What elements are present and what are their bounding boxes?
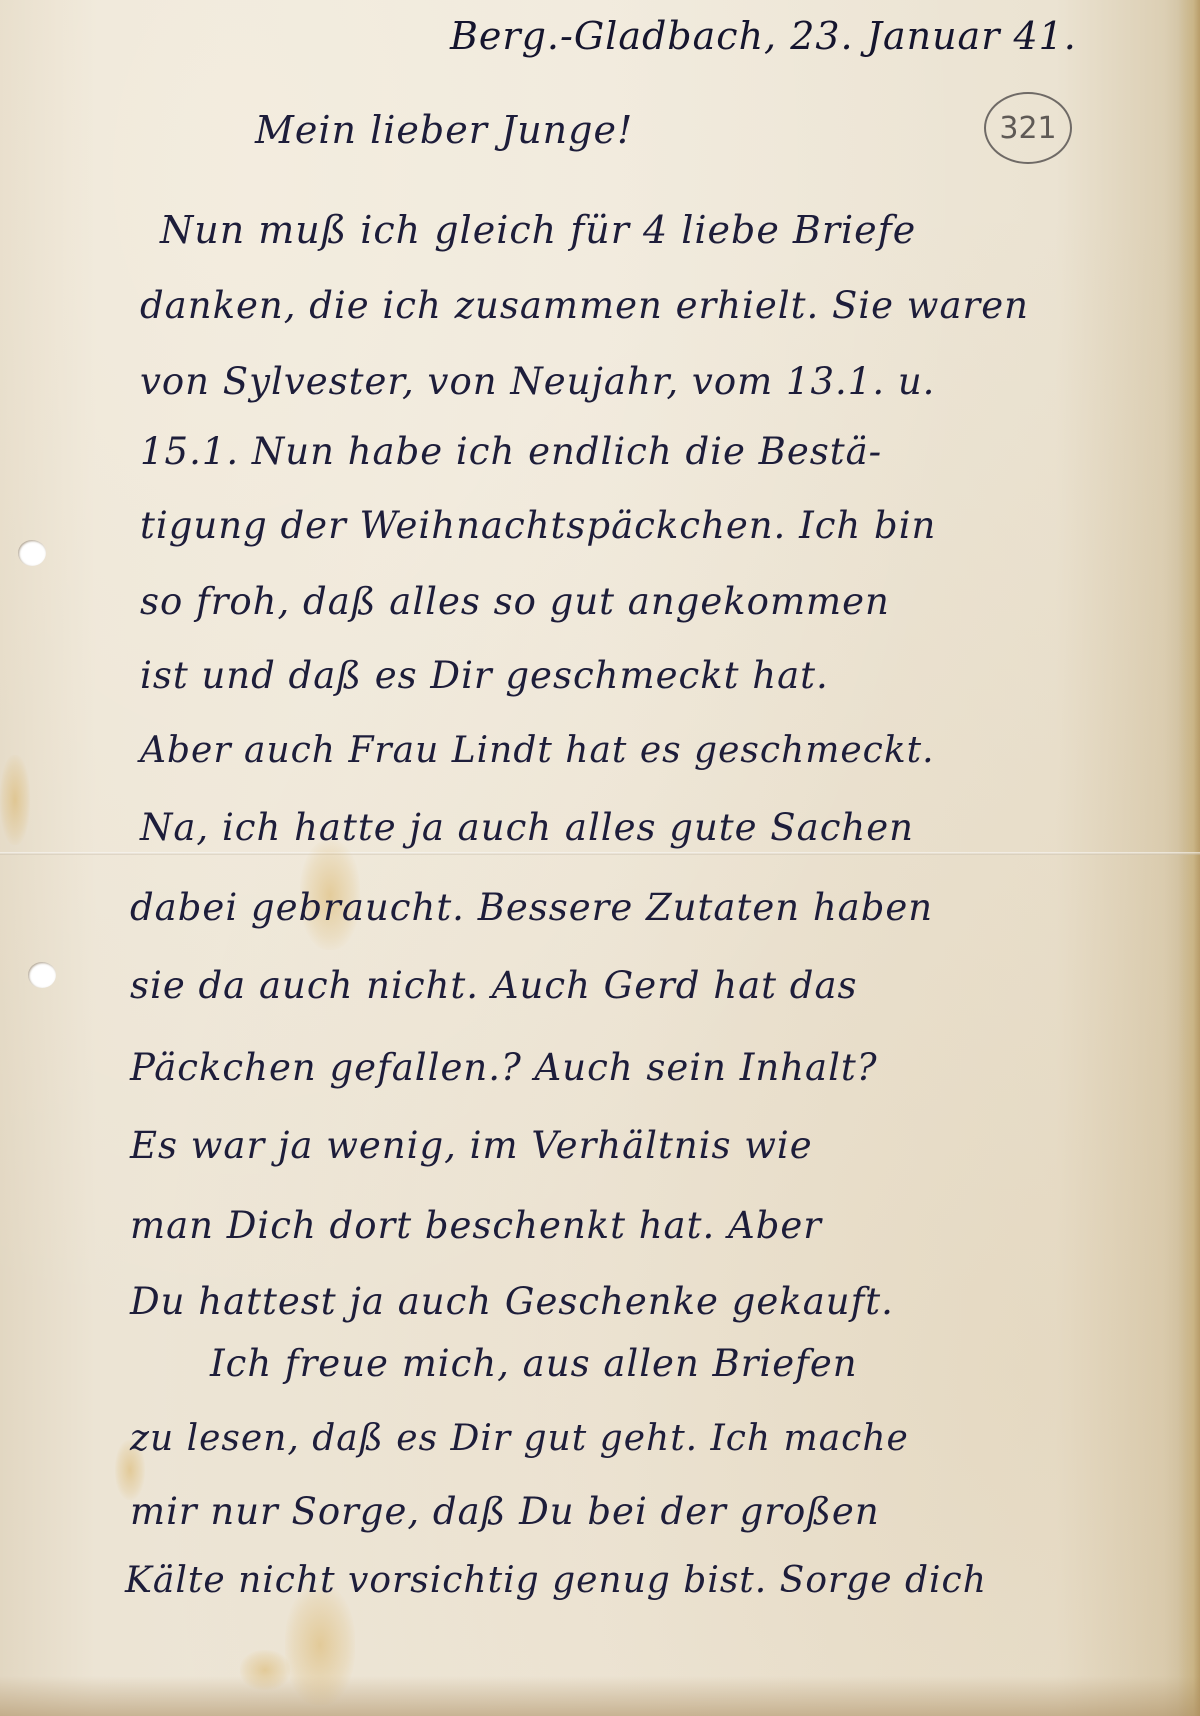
- salutation: Mein lieber Junge!: [255, 108, 633, 152]
- punch-hole-bottom: [28, 962, 56, 988]
- age-stain: [285, 1585, 355, 1705]
- letter-line-1: Nun muß ich gleich für 4 liebe Briefe: [160, 208, 916, 252]
- letter-line-16: Ich freue mich, aus allen Briefen: [210, 1342, 858, 1385]
- letter-line-4: 15.1. Nun habe ich endlich die Bestä-: [140, 430, 882, 473]
- letter-line-14: man Dich dort beschenkt hat. Aber: [130, 1204, 822, 1247]
- letter-line-18: mir nur Sorge, daß Du bei der großen: [130, 1490, 880, 1533]
- punch-hole-top: [18, 540, 46, 566]
- letter-line-10: dabei gebraucht. Bessere Zutaten haben: [130, 886, 933, 929]
- paper-edge-shading: [1178, 0, 1200, 1716]
- archive-number-stamp: 321: [984, 92, 1072, 164]
- letter-line-19: Kälte nicht vorsichtig genug bist. Sorge…: [125, 1560, 987, 1601]
- letter-line-17: zu lesen, daß es Dir gut geht. Ich mache: [130, 1418, 909, 1459]
- place-date-header: Berg.-Gladbach, 23. Januar 41.: [450, 14, 1077, 58]
- age-stain: [0, 755, 30, 845]
- letter-line-7: ist und daß es Dir geschmeckt hat.: [140, 654, 829, 697]
- letter-line-11: sie da auch nicht. Auch Gerd hat das: [130, 964, 858, 1007]
- fold-crease: [0, 852, 1200, 855]
- letter-line-6: so froh, daß alles so gut angekommen: [140, 580, 890, 623]
- letter-line-15: Du hattest ja auch Geschenke gekauft.: [130, 1280, 894, 1323]
- paper-bottom-edge: [0, 1676, 1200, 1716]
- letter-page: Berg.-Gladbach, 23. Januar 41. 321 Mein …: [0, 0, 1200, 1716]
- letter-line-5: tigung der Weihnachtspäckchen. Ich bin: [140, 504, 936, 547]
- archive-number: 321: [999, 111, 1056, 146]
- letter-line-8: Aber auch Frau Lindt hat es geschmeckt.: [140, 730, 935, 771]
- letter-line-13: Es war ja wenig, im Verhältnis wie: [130, 1124, 813, 1167]
- age-stain: [240, 1650, 290, 1690]
- letter-line-9: Na, ich hatte ja auch alles gute Sachen: [140, 806, 914, 849]
- letter-line-2: danken, die ich zusammen erhielt. Sie wa…: [140, 284, 1029, 327]
- letter-line-12: Päckchen gefallen.? Auch sein Inhalt?: [130, 1046, 878, 1089]
- letter-line-3: von Sylvester, von Neujahr, vom 13.1. u.: [140, 360, 935, 403]
